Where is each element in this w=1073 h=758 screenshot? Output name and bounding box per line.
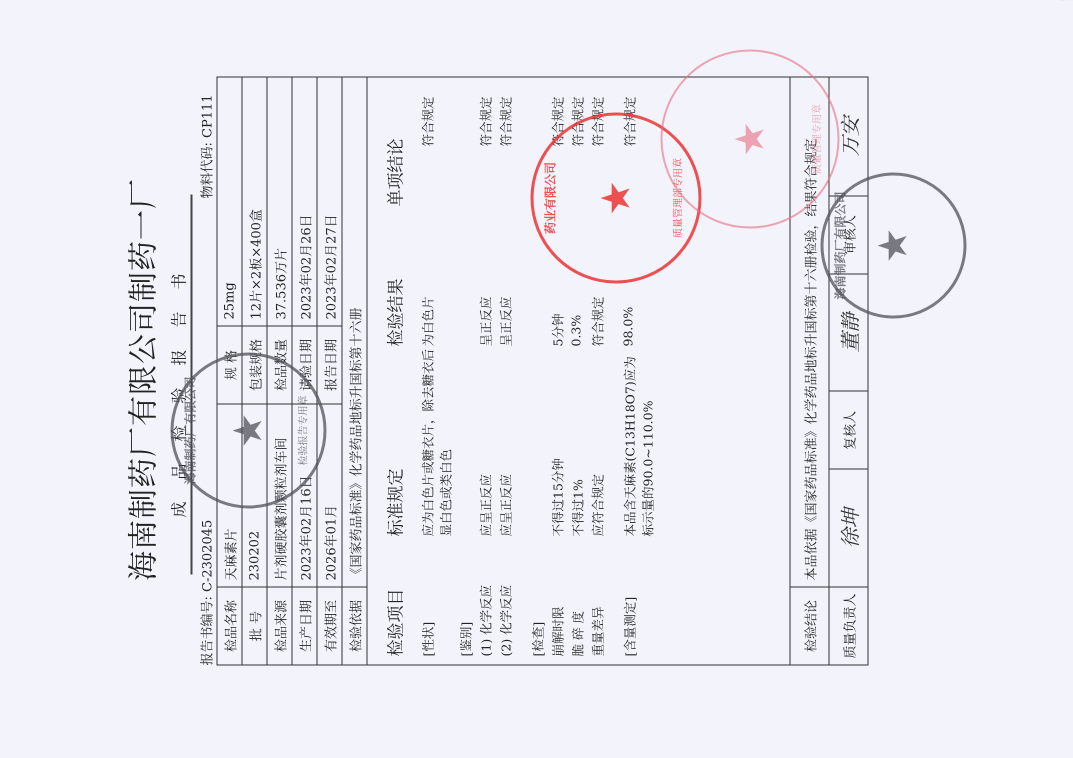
test-item-concl: 符合规定 [588, 96, 606, 206]
col-header-conclusion: 单项结论 [375, 96, 416, 206]
quality-manager-signature: 徐坤 [829, 468, 867, 586]
material-code-value: CP111 [200, 94, 215, 138]
test-items-grid: 检验项目 标准规定 检验结果 单项结论 [性状]应为白色片或糖衣片，除去糖衣后显… [375, 85, 656, 656]
info-row: 生产日期 2023年02月16日 请验日期 2023年02月26日 [292, 77, 317, 665]
col-header-standard: 标准规定 [375, 346, 416, 536]
spacer [608, 96, 618, 656]
test-item-std: 不得过15分钟 [548, 346, 566, 536]
auditor-label: 审核人 [829, 195, 867, 273]
test-item-concl: 符合规定 [548, 96, 566, 206]
test-item-result [456, 206, 474, 346]
test-item-concl: 符合规定 [620, 96, 656, 206]
test-item-concl: 符合规定 [418, 96, 454, 206]
test-item-concl: 符合规定 [476, 96, 494, 206]
test-item-std: 应为白色片或糖衣片，除去糖衣后显白色或类白色 [418, 346, 454, 536]
conclusion-text: 本品依据《国家药品标准》化学药品地标升国标第十六册检验，结果符合规定 [790, 77, 829, 587]
info-row: 检品名称 天麻素片 规 格 25mg [217, 77, 242, 665]
report-subtitle: 成品检验报告书 [166, 194, 192, 574]
reviewer-signature: 董静 [829, 273, 867, 391]
info-row: 有效期至 2026年01月 报告日期 2023年02月27日 [317, 77, 342, 665]
test-item-item: 脆 碎 度 [568, 536, 586, 656]
test-item-result: 0.3% [568, 206, 586, 346]
test-item-std: 本品含天麻素(C13H18O7)应为标示量的90.0~110.0% [620, 346, 656, 536]
test-item-item: (1) 化学反应 [476, 536, 494, 656]
star-icon: ★ [870, 227, 916, 263]
test-item-std: 不得过1% [568, 346, 586, 536]
test-item-result: 为白色片 [418, 206, 454, 346]
test-item-item: 重量差异 [588, 536, 606, 656]
test-item-std: 应呈正反应 [476, 346, 494, 536]
test-item-result: 呈正反应 [496, 206, 514, 346]
col-header-item: 检验项目 [375, 536, 416, 656]
test-item-concl [528, 96, 546, 206]
report-table: 检品名称 天麻素片 规 格 25mg 批 号 230202 包装规格 12片×2… [216, 76, 868, 665]
test-item-std [528, 346, 546, 536]
test-item-concl: 符合规定 [568, 96, 586, 206]
test-item-item: (2) 化学反应 [496, 536, 514, 656]
test-item-result [528, 206, 546, 346]
test-item-result: 呈正反应 [476, 206, 494, 346]
info-row: 批 号 230202 包装规格 12片×2板×400盒 [242, 77, 267, 665]
auditor-signature: 万安 [829, 77, 867, 195]
test-item-item: [鉴别] [456, 536, 474, 656]
test-item-item: [检查] [528, 536, 546, 656]
material-code: 物料代码: CP111 [196, 94, 215, 198]
basis-row: 检验依据 《国家药品标准》化学药品地标升国标第十六册 [342, 77, 367, 665]
company-title: 海南制药厂有限公司制药一厂 [118, 0, 162, 758]
test-item-result: 符合规定 [588, 206, 606, 346]
report-number: 报告书编号: C-2302045 [196, 519, 215, 665]
signature-row: 质量负责人 徐坤 复核人 董静 审核人 万安 [829, 77, 868, 665]
test-item-concl [456, 96, 474, 206]
items-section: 检验项目 标准规定 检验结果 单项结论 [性状]应为白色片或糖衣片，除去糖衣后显… [367, 77, 790, 665]
spacer [516, 96, 526, 656]
info-row: 检品来源 片剂硬胶囊剂颗粒剂车间 检品数量 37.536万片 [267, 77, 292, 665]
test-item-item: [性状] [418, 536, 454, 656]
report-number-value: C-2302045 [200, 519, 215, 591]
reviewer-label: 复核人 [829, 390, 867, 468]
test-item-std [456, 346, 474, 536]
col-header-result: 检验结果 [375, 206, 416, 346]
inspection-report-page: 海南制药厂有限公司制药一厂 成品检验报告书 报告书编号: C-2302045 物… [0, 0, 1073, 758]
test-item-result: 5分钟 [548, 206, 566, 346]
test-item-concl: 符合规定 [496, 96, 514, 206]
conclusion-label: 检验结论 [790, 587, 829, 665]
test-item-std: 应符合规定 [588, 346, 606, 536]
conclusion-row: 检验结论 本品依据《国家药品标准》化学药品地标升国标第十六册检验，结果符合规定 [790, 77, 829, 665]
test-item-std: 应呈正反应 [496, 346, 514, 536]
test-item-result: 98.0% [620, 206, 656, 346]
basis-value: 《国家药品标准》化学药品地标升国标第十六册 [342, 77, 367, 587]
test-item-item: 崩解时限 [548, 536, 566, 656]
quality-manager-label: 质量负责人 [829, 586, 867, 664]
test-item-item: [含量测定] [620, 536, 656, 656]
